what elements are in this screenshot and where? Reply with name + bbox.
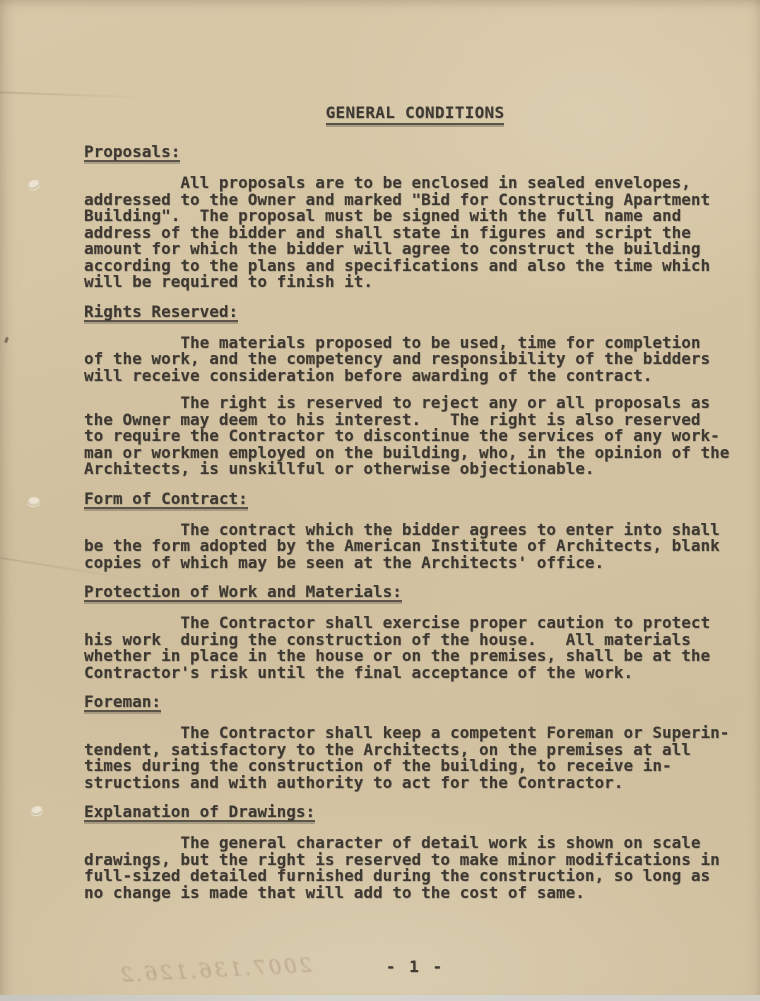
paragraph: The Contractor shall keep a competent Fo… bbox=[84, 725, 746, 791]
staple-hole bbox=[27, 179, 41, 191]
heading-protection-of-work-and-materials: Protection of Work and Materials: bbox=[84, 583, 746, 602]
heading-foreman: Foreman: bbox=[84, 693, 746, 712]
paper-crease bbox=[0, 91, 150, 98]
heading-rights-reserved: Rights Reserved: bbox=[84, 303, 746, 322]
paragraph: The general character of detail work is … bbox=[84, 835, 746, 901]
heading-form-of-contract: Form of Contract: bbox=[84, 490, 746, 509]
paragraph: All proposals are to be enclosed in seal… bbox=[84, 175, 746, 291]
scanned-document-page: GENERAL CONDITIONS Proposals: All propos… bbox=[0, 0, 760, 1001]
paragraph: The Contractor shall exercise proper cau… bbox=[84, 615, 746, 681]
document-title: GENERAL CONDITIONS bbox=[84, 104, 746, 125]
staple-hole bbox=[27, 496, 40, 507]
ink-speck bbox=[4, 337, 9, 344]
document-title-text: GENERAL CONDITIONS bbox=[326, 104, 505, 125]
paragraph: The materials proposed to be used, time … bbox=[84, 335, 746, 385]
heading-explanation-of-drawings: Explanation of Drawings: bbox=[84, 803, 746, 822]
paragraph: The right is reserved to reject any or a… bbox=[84, 395, 746, 478]
scan-edge-strip bbox=[0, 995, 760, 1001]
paragraph: The contract which the bidder agrees to … bbox=[84, 522, 746, 572]
staple-hole bbox=[31, 805, 44, 815]
document-body: GENERAL CONDITIONS Proposals: All propos… bbox=[84, 104, 746, 975]
heading-proposals: Proposals: bbox=[84, 143, 746, 162]
